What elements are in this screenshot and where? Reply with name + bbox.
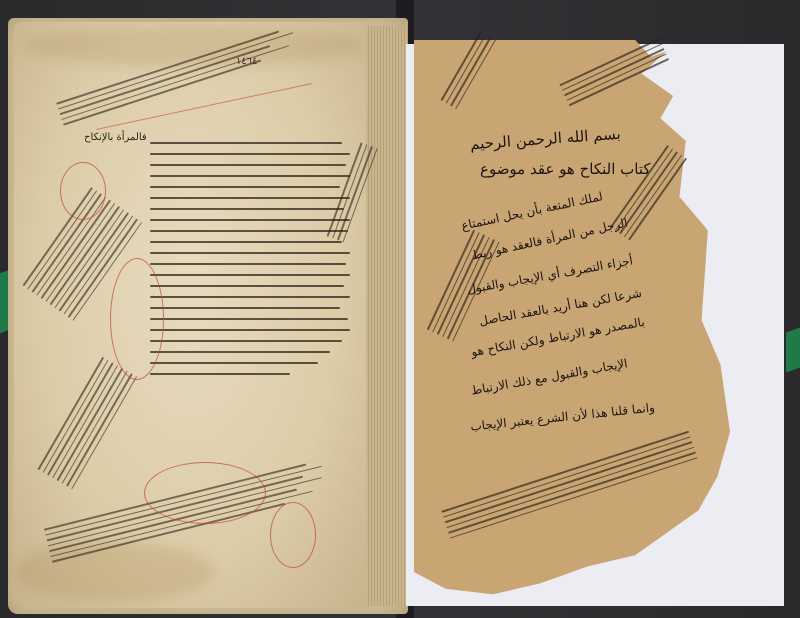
rubric-circle [60,162,106,220]
main-text-block [150,142,350,384]
rubric-circle [270,502,316,568]
left-gloss-heading: فالمرأة بالإنكاح [84,132,147,143]
marginal-gloss [37,357,140,492]
chapter-title-line: كتاب النكاح هو عقد موضوع [480,160,651,178]
page-edges [360,26,408,606]
green-strip-right [786,327,800,372]
left-manuscript-page: ١٤٦٤ فالمرأة بالإنكاح [14,22,366,608]
rubric-circle [144,462,266,524]
rubric-circle [110,258,164,380]
